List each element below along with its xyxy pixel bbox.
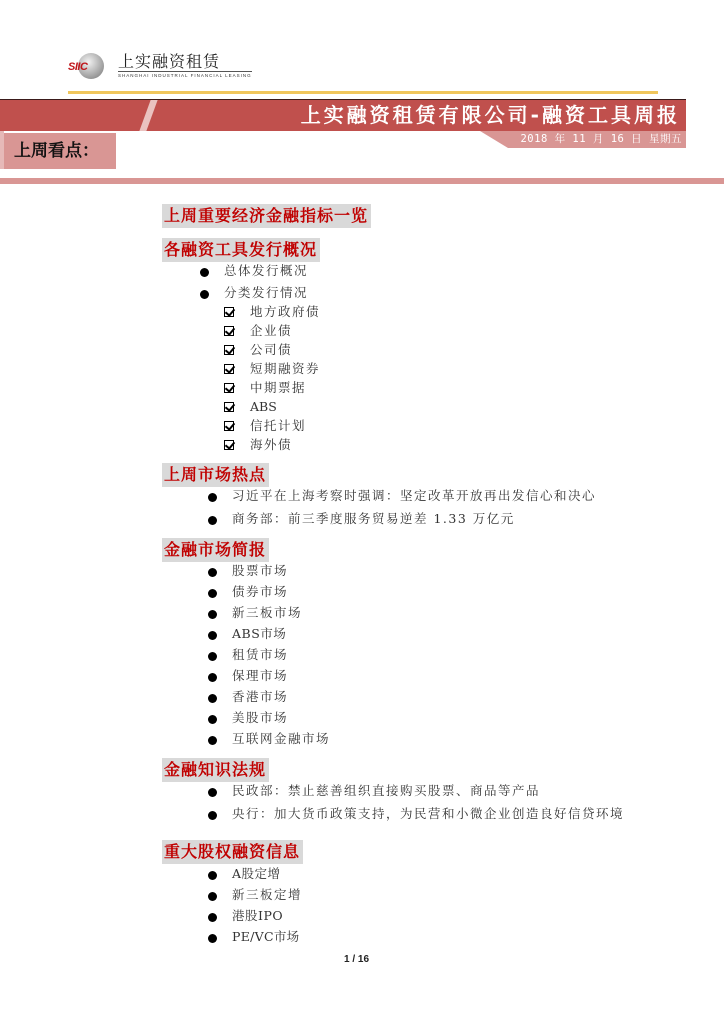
bullet-icon xyxy=(208,631,217,640)
bullet-icon xyxy=(208,892,217,901)
checkbox-icon xyxy=(224,421,234,431)
sub-list-item[interactable]: 公司债 xyxy=(250,341,292,359)
section-heading[interactable]: 重大股权融资信息 xyxy=(162,840,303,864)
sub-list-item[interactable]: 地方政府债 xyxy=(250,303,320,321)
bullet-icon xyxy=(208,493,217,502)
list-item[interactable]: 分类发行情况 xyxy=(224,284,308,302)
list-item[interactable]: PE/VC市场 xyxy=(232,928,299,946)
bullet-icon xyxy=(208,610,217,619)
list-item[interactable]: 习近平在上海考察时强调：坚定改革开放再出发信心和决心 xyxy=(232,487,596,505)
list-item[interactable]: 民政部：禁止慈善组织直接购买股票、商品等产品 xyxy=(232,782,540,800)
list-item[interactable]: 央行：加大货币政策支持，为民营和小微企业创造良好信贷环境 xyxy=(232,805,624,823)
list-item[interactable]: 互联网金融市场 xyxy=(232,730,330,748)
section-heading[interactable]: 上周市场热点 xyxy=(162,463,269,487)
list-item[interactable]: 股票市场 xyxy=(232,562,288,580)
pink-divider xyxy=(0,178,724,184)
bullet-icon xyxy=(208,715,217,724)
sub-list-item[interactable]: 海外债 xyxy=(250,436,292,454)
bullet-icon xyxy=(208,516,217,525)
list-item[interactable]: 港股IPO xyxy=(232,907,283,925)
checkbox-icon xyxy=(224,326,234,336)
logo-name-cn: 上实融资租赁 xyxy=(118,53,252,71)
list-item[interactable]: 美股市场 xyxy=(232,709,288,727)
report-date: 2018 年 11 月 16 日 星期五 xyxy=(520,131,682,148)
section-heading[interactable]: 金融市场简报 xyxy=(162,538,269,562)
gold-divider xyxy=(68,91,658,94)
list-item[interactable]: 保理市场 xyxy=(232,667,288,685)
checkbox-icon xyxy=(224,307,234,317)
list-item[interactable]: 新三板定增 xyxy=(232,886,302,904)
siic-logo-icon: SIIC xyxy=(68,53,116,79)
list-item[interactable]: 商务部：前三季度服务贸易逆差 1.33 万亿元 xyxy=(232,510,515,528)
section-label: 上周看点： xyxy=(14,133,99,169)
bullet-icon xyxy=(208,811,217,820)
checkbox-icon xyxy=(224,383,234,393)
list-item[interactable]: 租赁市场 xyxy=(232,646,288,664)
bullet-icon xyxy=(208,589,217,598)
company-logo: SIIC 上实融资租赁 SHANGHAI INDUSTRIAL FINANCIA… xyxy=(68,50,252,82)
checkbox-icon xyxy=(224,402,234,412)
bullet-icon xyxy=(208,568,217,577)
logo-name-en: SHANGHAI INDUSTRIAL FINANCIAL LEASING xyxy=(118,71,252,79)
bullet-icon xyxy=(200,290,209,299)
list-item[interactable]: 新三板市场 xyxy=(232,604,302,622)
sub-list-item[interactable]: 企业债 xyxy=(250,322,292,340)
bullet-icon xyxy=(208,736,217,745)
bullet-icon xyxy=(208,652,217,661)
page-number: 1 / 16 xyxy=(344,954,369,965)
sub-list-item[interactable]: 短期融资券 xyxy=(250,360,320,378)
section-heading[interactable]: 各融资工具发行概况 xyxy=(162,238,320,262)
list-item[interactable]: 香港市场 xyxy=(232,688,288,706)
bullet-icon xyxy=(208,788,217,797)
bullet-icon xyxy=(208,673,217,682)
bullet-icon xyxy=(208,694,217,703)
report-title: 上实融资租赁有限公司-融资工具周报 xyxy=(301,100,680,130)
section-heading[interactable]: 上周重要经济金融指标一览 xyxy=(162,204,371,228)
list-item[interactable]: A股定增 xyxy=(232,865,281,883)
list-item[interactable]: 债券市场 xyxy=(232,583,288,601)
sub-list-item[interactable]: ABS xyxy=(250,398,277,416)
bullet-icon xyxy=(208,871,217,880)
bullet-icon xyxy=(208,913,217,922)
sub-list-item[interactable]: 中期票据 xyxy=(250,379,306,397)
list-item[interactable]: ABS市场 xyxy=(232,625,286,643)
sub-list-item[interactable]: 信托计划 xyxy=(250,417,306,435)
checkbox-icon xyxy=(224,364,234,374)
checkbox-icon xyxy=(224,345,234,355)
bullet-icon xyxy=(208,934,217,943)
bullet-icon xyxy=(200,268,209,277)
section-heading[interactable]: 金融知识法规 xyxy=(162,758,269,782)
list-item[interactable]: 总体发行概况 xyxy=(224,262,308,280)
checkbox-icon xyxy=(224,440,234,450)
